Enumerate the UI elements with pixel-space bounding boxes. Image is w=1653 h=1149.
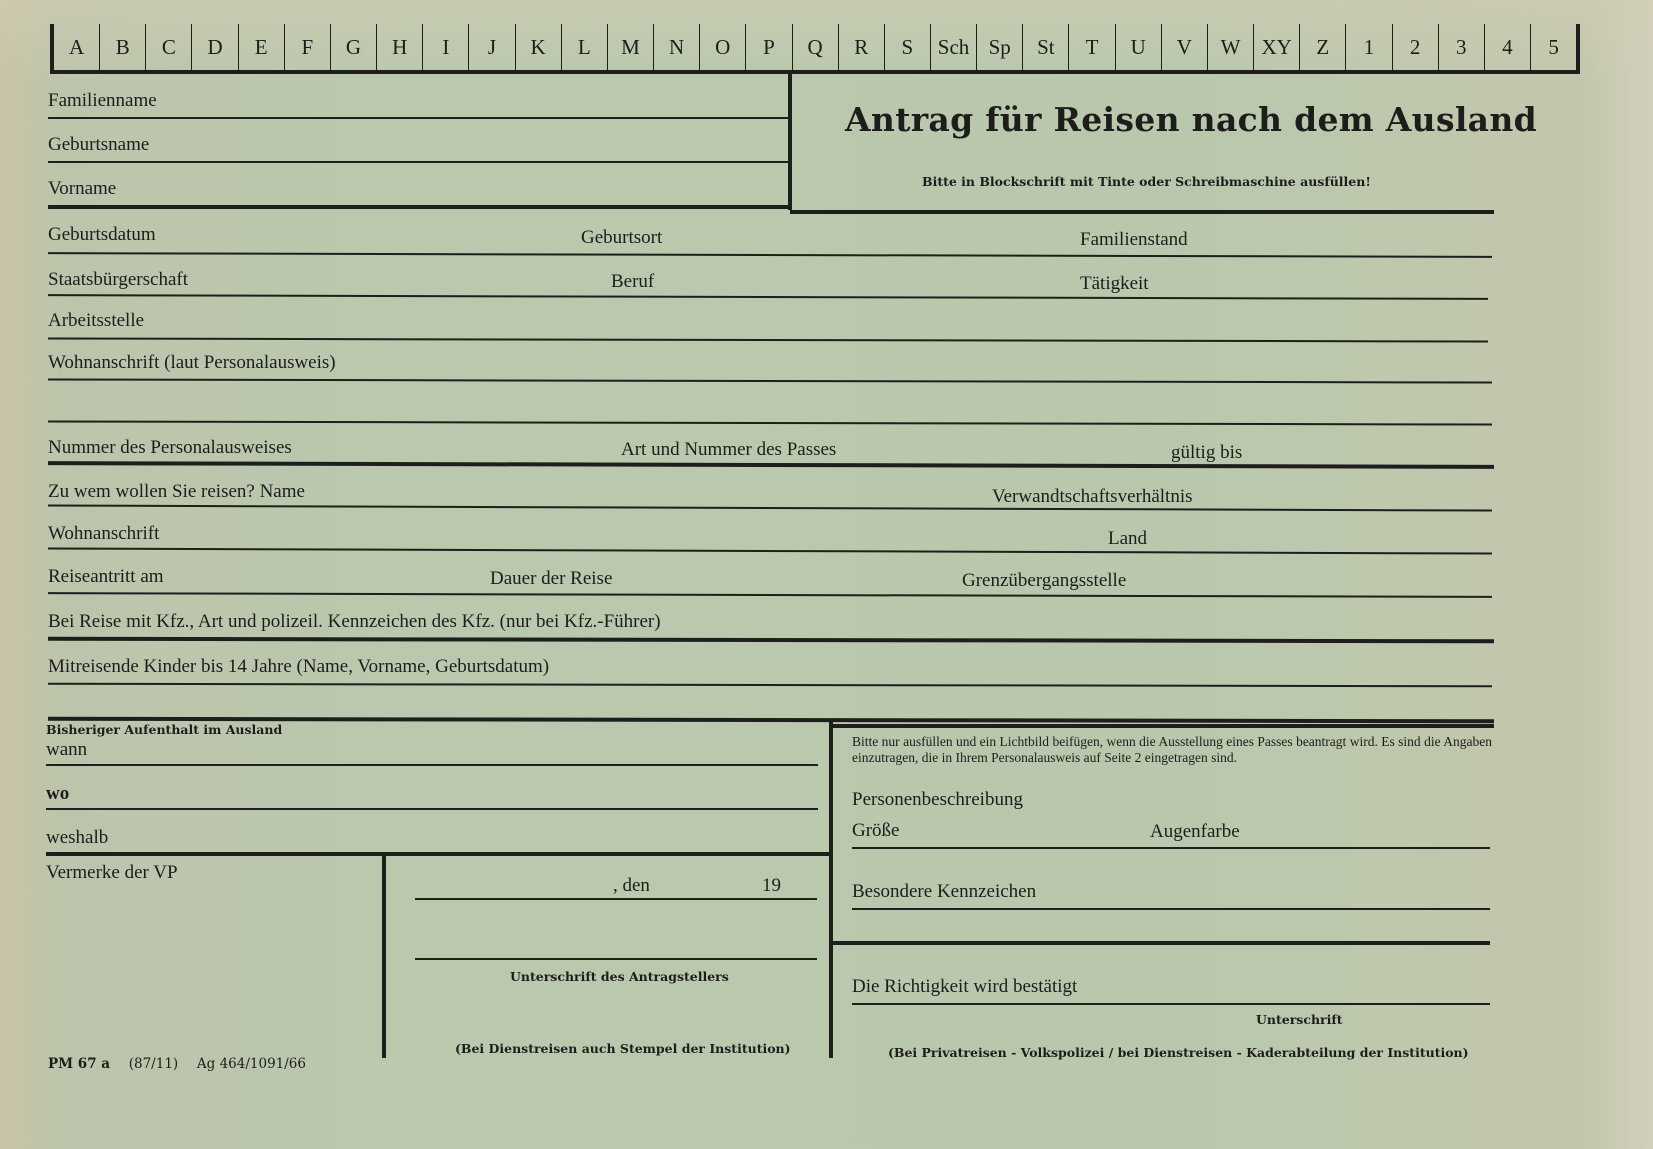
index-tab-1[interactable]: 1	[1346, 24, 1392, 70]
index-tab-g[interactable]: G	[331, 24, 377, 70]
label-wohnanschrift: Wohnanschrift (laut Personalausweis)	[48, 352, 336, 374]
index-tab-q[interactable]: Q	[793, 24, 839, 70]
index-tab-n[interactable]: N	[654, 24, 700, 70]
label-beruf: Beruf	[611, 271, 654, 293]
index-tab-5[interactable]: 5	[1531, 24, 1576, 70]
form-code: PM 67 a (87/11) Ag 464/1091/66	[48, 1056, 306, 1072]
field-groesse-augenfarbe[interactable]	[852, 847, 1490, 849]
field-place-date[interactable]	[415, 898, 817, 900]
index-tab-sch[interactable]: Sch	[931, 24, 977, 70]
index-tab-m[interactable]: M	[608, 24, 654, 70]
index-tab-a[interactable]: A	[54, 24, 100, 70]
field-geburtsname[interactable]	[48, 161, 788, 163]
label-weshalb: weshalb	[46, 827, 108, 849]
label-gueltig-bis: gültig bis	[1171, 442, 1242, 464]
label-den: , den	[613, 875, 650, 897]
label-grenzuebergang: Grenzübergangsstelle	[962, 570, 1126, 592]
form-code-number: PM 67 a	[48, 1056, 110, 1072]
passport-footnote: (Bei Privatreisen - Volkspolizei / bei D…	[888, 1045, 1469, 1060]
index-tab-4[interactable]: 4	[1485, 24, 1531, 70]
label-wo: wo	[46, 783, 69, 805]
label-personenbeschreibung: Personenbeschreibung	[852, 789, 1023, 811]
label-staatsbuergerschaft: Staatsbürgerschaft	[48, 269, 188, 291]
field-signature-applicant[interactable]	[415, 958, 817, 960]
label-geburtsdatum: Geburtsdatum	[48, 224, 156, 246]
title-block-bottom-rule	[790, 210, 1494, 214]
label-ausweisnummer: Nummer des Personalausweises	[48, 437, 292, 459]
index-tab-3[interactable]: 3	[1439, 24, 1485, 70]
label-kfz: Bei Reise mit Kfz., Art und polizeil. Ke…	[48, 611, 661, 633]
index-tab-e[interactable]: E	[239, 24, 285, 70]
label-unterschrift-antragsteller: Unterschrift des Antragstellers	[510, 969, 729, 984]
label-verwandtschaft: Verwandtschaftsverhältnis	[992, 486, 1193, 508]
vp-divider	[382, 852, 386, 1058]
label-groesse: Größe	[852, 820, 899, 842]
field-kennzeichen[interactable]	[852, 908, 1490, 910]
index-tab-k[interactable]: K	[516, 24, 562, 70]
label-passnummer: Art und Nummer des Passes	[621, 439, 836, 461]
index-tab-h[interactable]: H	[377, 24, 423, 70]
label-vorname: Vorname	[48, 178, 116, 200]
label-geburtsname: Geburtsname	[48, 134, 149, 156]
label-unterschrift: Unterschrift	[1256, 1012, 1343, 1027]
alphabet-index-tabs: ABCDEFGHIJKLMNOPQRSSchSpStTUVWXYZ12345	[50, 24, 1580, 74]
label-vermerke-vp: Vermerke der VP	[46, 862, 178, 884]
index-tab-o[interactable]: O	[700, 24, 746, 70]
index-tab-i[interactable]: I	[423, 24, 469, 70]
label-dauer: Dauer der Reise	[490, 568, 612, 590]
label-kinder: Mitreisende Kinder bis 14 Jahre (Name, V…	[48, 656, 549, 678]
index-tab-p[interactable]: P	[746, 24, 792, 70]
index-tab-c[interactable]: C	[146, 24, 192, 70]
label-taetigkeit: Tätigkeit	[1080, 273, 1149, 295]
field-familienname[interactable]	[48, 117, 788, 119]
section-divider	[788, 72, 792, 210]
field-wo[interactable]	[46, 808, 818, 810]
index-tab-b[interactable]: B	[100, 24, 146, 70]
index-tab-l[interactable]: L	[562, 24, 608, 70]
index-tab-s[interactable]: S	[885, 24, 931, 70]
index-tab-j[interactable]: J	[469, 24, 515, 70]
index-tab-st[interactable]: St	[1023, 24, 1069, 70]
index-tab-t[interactable]: T	[1069, 24, 1115, 70]
label-richtigkeit: Die Richtigkeit wird bestätigt	[852, 976, 1077, 998]
index-tab-w[interactable]: W	[1208, 24, 1254, 70]
label-familienstand: Familienstand	[1080, 229, 1188, 251]
index-tab-d[interactable]: D	[192, 24, 238, 70]
label-kennzeichen: Besondere Kennzeichen	[852, 881, 1036, 903]
label-zu-wem: Zu wem wollen Sie reisen? Name	[48, 481, 305, 503]
label-reiseantritt: Reiseantritt am	[48, 566, 164, 588]
signature-footnote: (Bei Dienstreisen auch Stempel der Insti…	[455, 1041, 791, 1056]
index-tab-f[interactable]: F	[285, 24, 331, 70]
field-weshalb[interactable]	[46, 852, 830, 856]
form-instruction: Bitte in Blockschrift mit Tinte oder Sch…	[922, 174, 1371, 189]
label-wann: wann	[46, 739, 87, 761]
label-augenfarbe: Augenfarbe	[1150, 821, 1240, 843]
index-tab-xy[interactable]: XY	[1254, 24, 1300, 70]
field-vorname[interactable]	[48, 205, 792, 209]
label-familienname: Familienname	[48, 90, 157, 112]
index-tab-sp[interactable]: Sp	[977, 24, 1023, 70]
form-edition: (87/11)	[129, 1056, 178, 1072]
passport-section-mid-rule	[833, 941, 1490, 945]
index-tab-u[interactable]: U	[1116, 24, 1162, 70]
label-year-19: 19	[762, 875, 781, 897]
index-tab-2[interactable]: 2	[1393, 24, 1439, 70]
field-signature-official[interactable]	[852, 1003, 1490, 1005]
label-land: Land	[1108, 528, 1147, 550]
passport-note: Bitte nur ausfüllen und ein Lichtbild be…	[852, 734, 1492, 766]
label-ziel-wohnanschrift: Wohnanschrift	[48, 523, 159, 545]
passport-section-top-rule	[831, 724, 1494, 728]
passport-section-divider	[829, 720, 833, 1058]
label-arbeitsstelle: Arbeitsstelle	[48, 310, 144, 332]
previous-stay-heading: Bisheriger Aufenthalt im Ausland	[46, 722, 282, 737]
index-tab-r[interactable]: R	[839, 24, 885, 70]
field-wann[interactable]	[46, 764, 818, 766]
form-paper	[0, 0, 1653, 1149]
index-tab-z[interactable]: Z	[1300, 24, 1346, 70]
label-geburtsort: Geburtsort	[581, 227, 662, 249]
index-tab-v[interactable]: V	[1162, 24, 1208, 70]
form-title: Antrag für Reisen nach dem Ausland	[845, 100, 1537, 139]
form-print-code: Ag 464/1091/66	[197, 1056, 306, 1072]
